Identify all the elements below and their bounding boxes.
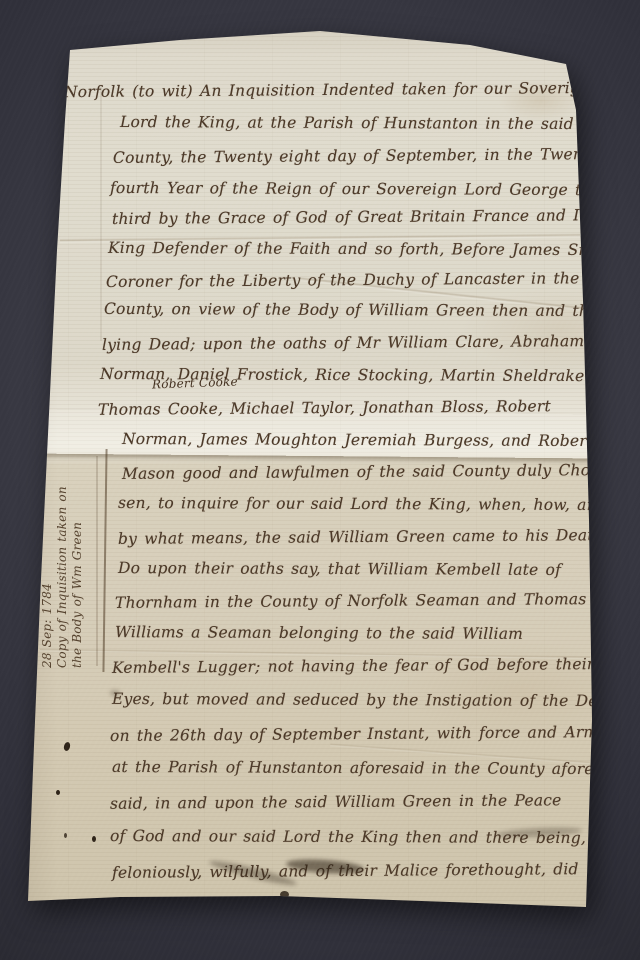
ink-blot [63, 741, 71, 751]
margin-note-text-1: Copy of Inquisition taken on [55, 450, 70, 668]
ink-blot [92, 836, 96, 842]
ink-blot [64, 833, 67, 838]
ink-blot [56, 790, 60, 795]
manuscript-line-7: Coroner for the Liberty of the Duchy of … [106, 268, 620, 292]
manuscript-page: Norfolk (to wit) An Inquisition Indented… [0, 0, 640, 960]
margin-rule-line [96, 456, 98, 666]
margin-note: 28 Sep: 1784 Copy of Inquisition taken o… [40, 450, 85, 668]
manuscript-line-19: Kembell's Lugger; not having the fear of… [112, 654, 595, 678]
manuscript-line-20: Eyes, but moved and seduced by the Insti… [112, 689, 622, 711]
ink-blot [280, 891, 289, 898]
manuscript-line-13: Mason good and lawfulmen of the said Cou… [122, 460, 590, 484]
manuscript-line-12: Norman, James Moughton Jeremiah Burgess,… [122, 429, 593, 451]
manuscript-line-1: Norfolk (to wit) An Inquisition Indented… [64, 78, 590, 102]
manuscript-line-5: third by the Grace of God of Great Brita… [112, 205, 632, 229]
manuscript-line-23: said, in and upon the said William Green… [110, 790, 562, 814]
manuscript-line-9: lying Dead; upon the oaths of Mr William… [102, 331, 584, 355]
manuscript-line-21: on the 26th day of September Instant, wi… [110, 722, 607, 746]
margin-rule-line [100, 86, 102, 341]
manuscript-line-18: Williams a Seaman belonging to the said … [115, 622, 523, 644]
photo-background: Norfolk (to wit) An Inquisition Indented… [0, 0, 640, 960]
margin-note-text-2: the Body of Wm Green [70, 450, 85, 668]
manuscript-line-3: County, the Twenty eight day of Septembe… [113, 144, 599, 168]
margin-note-date: 28 Sep: 1784 [40, 450, 55, 668]
manuscript-line-6: King Defender of the Faith and so forth,… [108, 238, 619, 260]
manuscript-line-16: Do upon their oaths say, that William Ke… [118, 558, 561, 580]
interlined-correction: Robert Cooke [152, 375, 238, 392]
manuscript-page-wrap: Norfolk (to wit) An Inquisition Indented… [0, 0, 640, 960]
margin-rule-line [102, 449, 107, 672]
manuscript-line-8: County, on view of the Body of William G… [104, 299, 616, 321]
ink-smudge [110, 690, 120, 696]
manuscript-line-2: Lord the King, at the Parish of Hunstant… [120, 112, 574, 134]
manuscript-line-14: sen, to inquire for our said Lord the Ki… [118, 493, 607, 515]
manuscript-line-17: Thornham in the County of Norfolk Seaman… [115, 589, 587, 613]
manuscript-line-15: by what means, the said William Green ca… [118, 525, 610, 549]
manuscript-line-11: Thomas Cooke, Michael Taylor, Jonathan B… [98, 396, 551, 420]
manuscript-line-4: fourth Year of the Reign of our Sovereig… [110, 178, 601, 200]
manuscript-line-22: at the Parish of Hunstanton aforesaid in… [112, 757, 607, 779]
